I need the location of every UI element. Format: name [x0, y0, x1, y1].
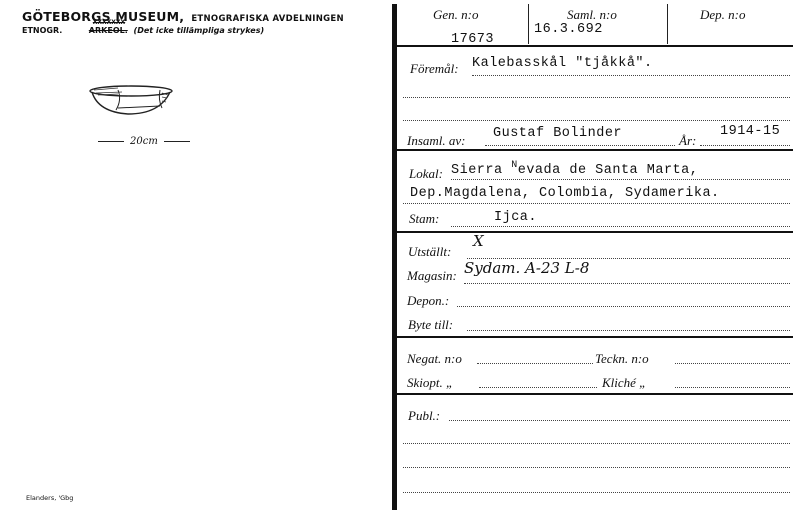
ar-value[interactable]: 1914-15 [720, 124, 780, 139]
card-left-panel: GÖTEBORGS MUSEUM, ETNOGRAFISKA AVDELNING… [0, 0, 392, 515]
saml-no-label: Saml. n:o [567, 7, 617, 23]
bowl-sketch-icon [88, 82, 174, 127]
publ-dotline-2 [403, 443, 790, 444]
ar-label: År: [679, 133, 696, 149]
foremal-dotline-3 [403, 120, 790, 121]
struck-overtype: XXXXXXX [93, 19, 125, 26]
divider-saml-dep [667, 4, 668, 44]
insaml-av-value[interactable]: Gustaf Bolinder [493, 126, 622, 141]
negat-no-label: Negat. n:o [407, 351, 462, 367]
scale-arrow-left-icon [98, 141, 124, 142]
lokal-dotline-2 [403, 203, 790, 204]
publ-dotline-4 [403, 492, 790, 493]
depon-dotline [457, 306, 790, 307]
foremal-value[interactable]: Kalebasskål "tjåkkå". [472, 56, 653, 71]
publ-dotline-3 [403, 467, 790, 468]
dep-no-label: Dep. n:o [700, 7, 746, 23]
skiopt-dotline [479, 387, 597, 388]
stam-dotline [451, 226, 790, 227]
kliche-dotline [675, 387, 790, 388]
foremal-dotline [472, 75, 790, 76]
rule-byte [397, 336, 793, 338]
strike-note: (Det icke tillämpliga strykes) [134, 26, 265, 35]
rule-insaml [397, 149, 793, 151]
foremal-label: Föremål: [410, 61, 459, 77]
byte-dotline [467, 330, 790, 331]
rule-header [397, 45, 793, 47]
stam-value[interactable]: Ijca. [494, 210, 537, 225]
depon-label: Depon.: [407, 293, 449, 309]
negat-dotline [477, 363, 593, 364]
scale-label: 20cm [130, 136, 158, 147]
section-etnogr: ETNOGR. [22, 26, 86, 35]
utstallt-label: Utställt: [408, 244, 451, 260]
department-name: ETNOGRAFISKA AVDELNINGEN [191, 14, 344, 24]
magasin-value[interactable]: Sydam. A-23 L-8 [464, 259, 589, 277]
gen-no-label: Gen. n:o [433, 7, 479, 23]
section-arkeol-struck: XXXXXXX ARKEOL. [89, 26, 128, 35]
printer-imprint: Elanders, 'Gbg [26, 494, 73, 502]
magasin-label: Magasin: [407, 268, 457, 284]
lokal-dotline [451, 179, 790, 180]
foremal-dotline-2 [403, 97, 790, 98]
insaml-dotline [485, 145, 675, 146]
teckn-dotline [675, 363, 790, 364]
teckn-no-label: Teckn. n:o [595, 351, 649, 367]
magasin-dotline [464, 283, 790, 284]
publ-dotline [449, 420, 790, 421]
stam-label: Stam: [409, 211, 439, 227]
lokal-value-line1[interactable]: Sierra Nevada de Santa Marta, [451, 160, 698, 178]
byte-till-label: Byte till: [408, 317, 453, 333]
ar-dotline [700, 145, 790, 146]
rule-skiopt [397, 393, 793, 395]
lokal-value-line2[interactable]: Dep.Magdalena, Colombia, Sydamerika. [410, 186, 720, 201]
section-header: ETNOGR. XXXXXXX ARKEOL. (Det icke tilläm… [22, 26, 264, 35]
utstallt-value[interactable]: X [473, 232, 484, 250]
scale-bar: 20cm [98, 136, 190, 147]
insaml-av-label: Insaml. av: [407, 133, 466, 149]
scale-arrow-right-icon [164, 141, 190, 142]
skiopt-label: Skiopt. „ [407, 375, 453, 391]
lokal-label: Lokal: [409, 166, 443, 182]
museum-header: GÖTEBORGS MUSEUM, ETNOGRAFISKA AVDELNING… [22, 6, 344, 25]
catalog-card-form: Gen. n:o 17673 Saml. n:o 16.3.692 Dep. n… [397, 0, 795, 515]
divider-gen-saml [528, 4, 529, 44]
saml-no-value[interactable]: 16.3.692 [534, 22, 603, 37]
rule-stam [397, 231, 793, 233]
kliche-label: Kliché „ [602, 375, 646, 391]
publ-label: Publ.: [408, 408, 440, 424]
